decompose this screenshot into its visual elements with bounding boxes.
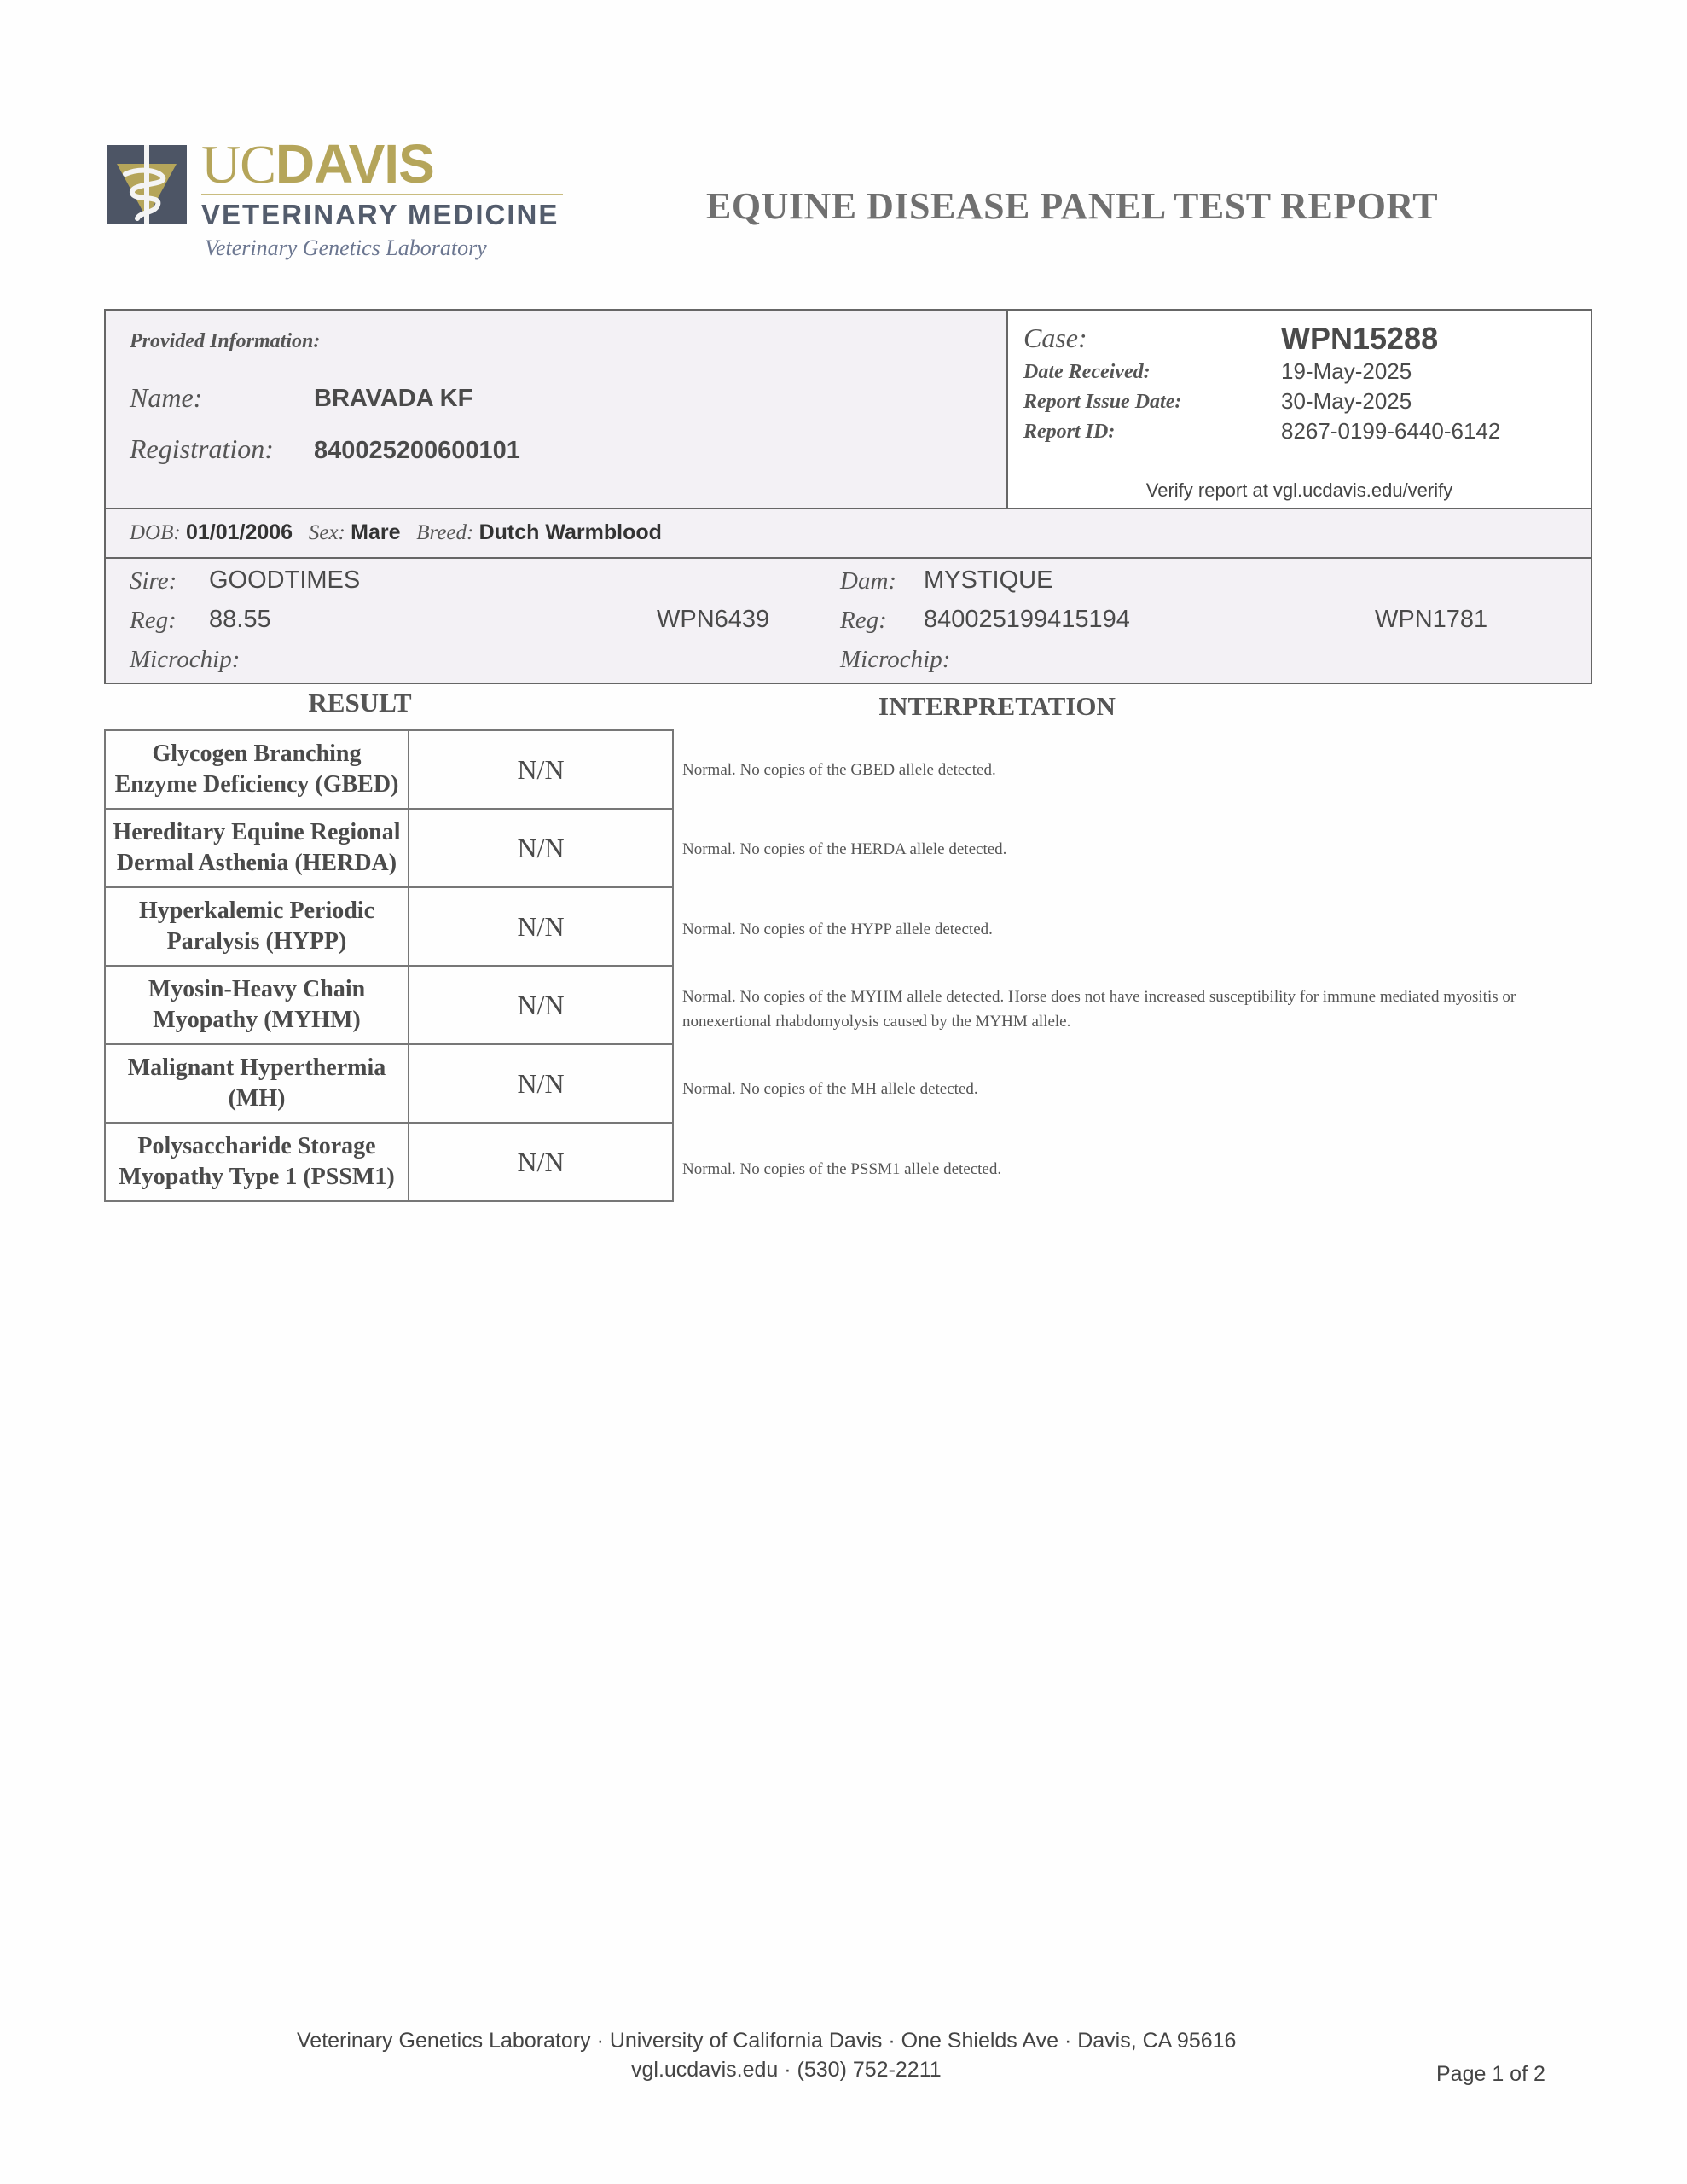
report-id-label: Report ID: bbox=[1023, 421, 1115, 444]
dam-label: Dam: bbox=[840, 567, 896, 595]
dam-case-id: WPN1781 bbox=[1375, 606, 1487, 634]
result-heading: RESULT bbox=[104, 688, 616, 718]
animal-details-row: DOB: 01/01/2006 Sex: Mare Breed: Dutch W… bbox=[130, 520, 662, 545]
verify-link[interactable]: Verify report at vgl.ucdavis.edu/verify bbox=[1006, 479, 1592, 502]
test-result: N/N bbox=[409, 809, 673, 887]
dam-reg-label: Reg: bbox=[840, 607, 887, 635]
name-label: Name: bbox=[130, 382, 202, 414]
sire-name: GOODTIMES bbox=[209, 566, 360, 595]
dam-reg: 840025199415194 bbox=[924, 606, 1130, 634]
interpretation-text: Normal. No copies of the MYHM allele det… bbox=[682, 985, 1582, 1034]
sire-microchip-label: Microchip: bbox=[130, 646, 240, 674]
table-row: Myosin-Heavy ChainMyopathy (MYHM) N/N bbox=[105, 966, 673, 1044]
sire-reg-label: Reg: bbox=[130, 607, 177, 635]
breed-value: Dutch Warmblood bbox=[479, 520, 662, 544]
sex-label: Sex: bbox=[309, 521, 345, 544]
interpretation-text: Normal. No copies of the MH allele detec… bbox=[682, 1077, 1582, 1101]
footer-contact: vgl.ucdavis.edu · (530) 752-2211 bbox=[631, 2058, 942, 2082]
dob-label: DOB: bbox=[130, 521, 181, 544]
registration-label: Registration: bbox=[130, 433, 274, 465]
logo-lab-name: Veterinary Genetics Laboratory bbox=[205, 237, 487, 259]
dob-value: 01/01/2006 bbox=[186, 520, 293, 544]
table-row: Hyperkalemic PeriodicParalysis (HYPP) N/… bbox=[105, 887, 673, 966]
sex-value: Mare bbox=[351, 520, 400, 544]
interpretation-text: Normal. No copies of the HYPP allele det… bbox=[682, 917, 1582, 942]
logo-divider bbox=[201, 194, 563, 195]
report-id: 8267-0199-6440-6142 bbox=[1281, 418, 1500, 444]
test-name: Myosin-Heavy ChainMyopathy (MYHM) bbox=[105, 966, 409, 1044]
interpretation-text: Normal. No copies of the PSSM1 allele de… bbox=[682, 1157, 1582, 1182]
horse-name: BRAVADA KF bbox=[314, 385, 472, 413]
table-row: Hereditary Equine RegionalDermal Astheni… bbox=[105, 809, 673, 887]
page-number: Page 1 of 2 bbox=[1436, 2062, 1545, 2087]
sire-case-id: WPN6439 bbox=[657, 606, 769, 634]
caduceus-icon bbox=[107, 145, 187, 224]
report-title: EQUINE DISEASE PANEL TEST REPORT bbox=[706, 188, 1438, 225]
dam-microchip-label: Microchip: bbox=[840, 646, 950, 674]
sire-label: Sire: bbox=[130, 567, 177, 595]
sire-reg: 88.55 bbox=[209, 606, 271, 634]
registration-number: 840025200600101 bbox=[314, 437, 520, 465]
test-result: N/N bbox=[409, 730, 673, 809]
test-name: Malignant Hyperthermia(MH) bbox=[105, 1044, 409, 1123]
table-row: Glycogen BranchingEnzyme Deficiency (GBE… bbox=[105, 730, 673, 809]
test-result: N/N bbox=[409, 1123, 673, 1201]
table-row: Malignant Hyperthermia(MH) N/N bbox=[105, 1044, 673, 1123]
test-name: Polysaccharide StorageMyopathy Type 1 (P… bbox=[105, 1123, 409, 1201]
test-result: N/N bbox=[409, 887, 673, 966]
issue-date: 30-May-2025 bbox=[1281, 388, 1412, 415]
logo-uc: UC bbox=[201, 134, 275, 195]
test-result: N/N bbox=[409, 966, 673, 1044]
logo-school-name: VETERINARY MEDICINE bbox=[201, 200, 559, 229]
provided-info-heading: Provided Information: bbox=[130, 330, 320, 353]
case-label: Case: bbox=[1023, 322, 1087, 354]
issue-date-label: Report Issue Date: bbox=[1023, 391, 1181, 414]
logo-davis: DAVIS bbox=[275, 133, 434, 195]
dam-name: MYSTIQUE bbox=[924, 566, 1052, 595]
breed-label: Breed: bbox=[416, 521, 473, 544]
test-name: Hereditary Equine RegionalDermal Astheni… bbox=[105, 809, 409, 887]
test-name: Hyperkalemic PeriodicParalysis (HYPP) bbox=[105, 887, 409, 966]
interpretation-text: Normal. No copies of the HERDA allele de… bbox=[682, 837, 1582, 862]
logo-wordmark: UCDAVIS bbox=[201, 136, 434, 192]
divider bbox=[104, 508, 1592, 509]
divider bbox=[104, 557, 1592, 559]
interpretation-text: Normal. No copies of the GBED allele det… bbox=[682, 758, 1582, 782]
date-received: 19-May-2025 bbox=[1281, 358, 1412, 385]
results-table: Glycogen BranchingEnzyme Deficiency (GBE… bbox=[104, 729, 674, 1202]
test-name: Glycogen BranchingEnzyme Deficiency (GBE… bbox=[105, 730, 409, 809]
interpretation-heading: INTERPRETATION bbox=[878, 691, 1116, 722]
table-row: Polysaccharide StorageMyopathy Type 1 (P… bbox=[105, 1123, 673, 1201]
date-received-label: Date Received: bbox=[1023, 361, 1151, 384]
footer-address: Veterinary Genetics Laboratory · Univers… bbox=[297, 2029, 1236, 2053]
test-result: N/N bbox=[409, 1044, 673, 1123]
case-number: WPN15288 bbox=[1281, 321, 1438, 357]
